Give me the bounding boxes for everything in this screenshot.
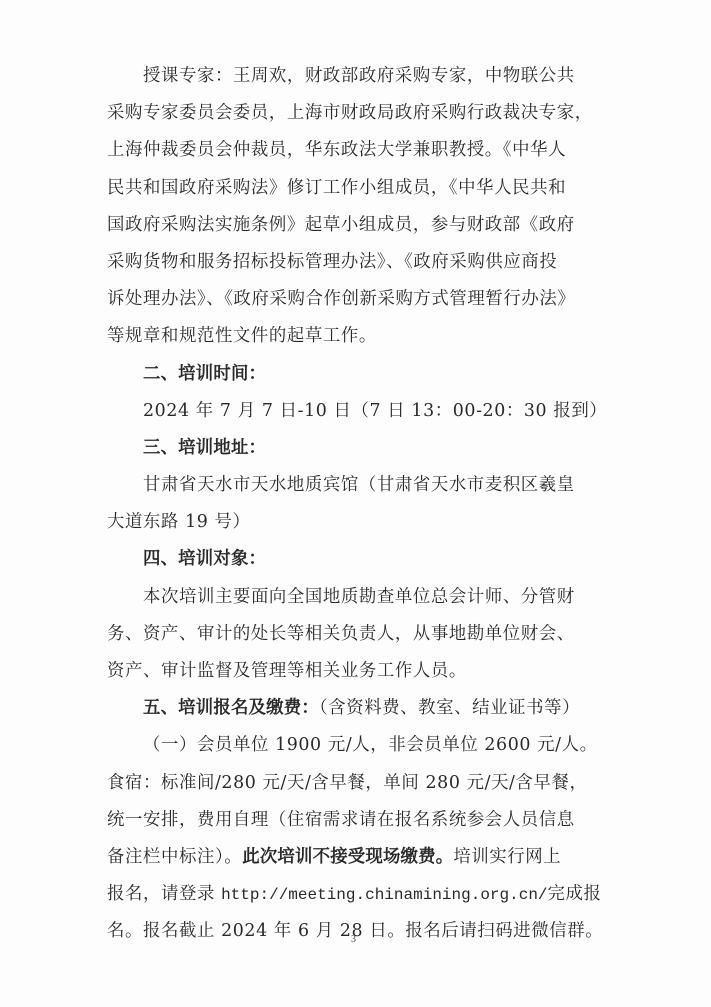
- document-page: 授课专家：王周欢，财政部政府采购专家，中物联公共 采购专家委员会委员，上海市财政…: [0, 0, 711, 1007]
- section-4-line-3: 资产、审计监督及管理等相关业务工作人员。: [107, 653, 607, 690]
- section-5-heading-line: 五、培训报名及缴费：（含资料费、教室、结业证书等）: [107, 690, 607, 727]
- section-5-line-2: 食宿：标准间/280 元/天/含早餐，单间 280 元/天/含早餐，: [107, 765, 607, 802]
- section-5-line-5-post: 完成报: [548, 884, 602, 904]
- section-5-heading: 五、培训报名及缴费：: [143, 698, 319, 718]
- section-5-line-4-post: 培训实行网上: [453, 847, 561, 867]
- section-5-line-3: 统一安排，费用自理（住宿需求请在报名系统参会人员信息: [107, 802, 607, 839]
- instructor-line-3: 上海仲裁委员会仲裁员，华东政法大学兼职教授。《中华人: [107, 132, 607, 169]
- section-4-heading: 四、培训对象：: [107, 541, 607, 578]
- section-5-line-5-pre: 报名，请登录: [107, 884, 221, 904]
- section-5-line-4: 备注栏中标注）。此次培训不接受现场缴费。培训实行网上: [107, 839, 607, 876]
- no-onsite-payment-notice: 此次培训不接受现场缴费。: [242, 847, 453, 867]
- section-4-line-1: 本次培训主要面向全国地质勘查单位总会计师、分管财: [107, 579, 607, 616]
- registration-url: http://meeting.chinamining.org.cn/: [221, 886, 547, 904]
- instructor-line-7: 诉处理办法》、《政府采购合作创新采购方式管理暂行办法》: [107, 281, 607, 318]
- instructor-line-5: 国政府采购法实施条例》起草小组成员，参与财政部《政府: [107, 207, 607, 244]
- instructor-line-2: 采购专家委员会委员，上海市财政局政府采购行政裁决专家，: [107, 95, 607, 132]
- instructor-line-4: 民共和国政府采购法》修订工作小组成员，《中华人民共和: [107, 170, 607, 207]
- document-body: 授课专家：王周欢，财政部政府采购专家，中物联公共 采购专家委员会委员，上海市财政…: [107, 58, 607, 951]
- section-3-line-1: 甘肃省天水市天水地质宾馆（甘肃省天水市麦积区羲皇: [107, 467, 607, 504]
- section-2-heading: 二、培训时间：: [107, 356, 607, 393]
- section-5-heading-note: （含资料费、教室、结业证书等）: [319, 698, 580, 718]
- section-3-heading: 三、培训地址：: [107, 430, 607, 467]
- section-5-line-4-pre: 备注栏中标注）。: [107, 847, 242, 867]
- section-3-line-2: 大道东路 19 号）: [107, 504, 607, 541]
- instructor-line-6: 采购货物和服务招标投标管理办法》、《政府采购供应商投: [107, 244, 607, 281]
- page-number: 3: [351, 934, 356, 945]
- section-5-line-1: （一）会员单位 1900 元/人，非会员单位 2600 元/人。: [107, 727, 607, 764]
- section-2-content: 2024 年 7 月 7 日-10 日（7 日 13：00-20：30 报到）: [107, 393, 607, 430]
- section-5-line-6: 名。报名截止 2024 年 6 月 28 日。报名后请扫码进微信群。: [107, 913, 607, 950]
- instructor-line-8: 等规章和规范性文件的起草工作。: [107, 318, 607, 355]
- section-5-line-5: 报名，请登录 http://meeting.chinamining.org.cn…: [107, 876, 607, 913]
- section-4-line-2: 务、资产、审计的处长等相关负责人，从事地勘单位财会、: [107, 616, 607, 653]
- instructor-line-1: 授课专家：王周欢，财政部政府采购专家，中物联公共: [107, 58, 607, 95]
